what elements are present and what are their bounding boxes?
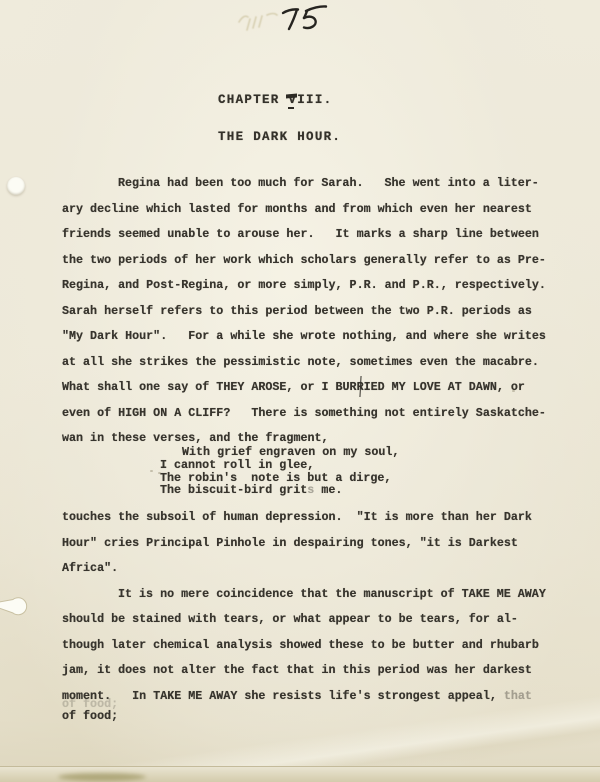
torn-punch-hole bbox=[0, 593, 33, 619]
text-line: should be stained with tears, or what ap… bbox=[62, 607, 546, 633]
text-line: Regina had been too much for Sarah. She … bbox=[62, 171, 546, 197]
paper-speck bbox=[150, 470, 153, 472]
overstruck-character: R bbox=[357, 380, 364, 394]
text-line: It is no mere coincidence that the manus… bbox=[62, 582, 546, 608]
text-line: With grief engraven on my soul, bbox=[160, 446, 399, 459]
manuscript-page: CHAPTER VIII. THE DARK HOUR. Regina had … bbox=[0, 0, 600, 782]
text-line: CHAPTER VIII. bbox=[218, 93, 332, 108]
text-line: friends seemed unable to arouse her. It … bbox=[62, 222, 546, 248]
text-line: even of HIGH ON A CLIFF? There is someth… bbox=[62, 401, 546, 427]
paragraph-block-1: Regina had been too much for Sarah. She … bbox=[62, 171, 546, 452]
text-line: "My Dark Hour". For a while she wrote no… bbox=[62, 324, 546, 350]
final-typed-line: of food; bbox=[62, 709, 118, 723]
paragraph-block-2: touches the subsoil of human depression.… bbox=[62, 505, 546, 709]
text-segment: s bbox=[307, 483, 314, 497]
text-line: Regina, and Post-Regina, or more simply,… bbox=[62, 273, 546, 299]
text-segment: that bbox=[504, 689, 532, 703]
paper-speck bbox=[512, 390, 515, 392]
ink-smudge bbox=[58, 773, 146, 781]
text-line: touches the subsoil of human depression.… bbox=[62, 505, 546, 531]
punch-hole bbox=[7, 177, 25, 195]
handwritten-page-number bbox=[276, 3, 332, 40]
text-line: Africa". bbox=[62, 556, 546, 582]
text-line: of food; bbox=[62, 709, 118, 723]
paper-speck bbox=[158, 472, 161, 474]
chapter-title: THE DARK HOUR. bbox=[218, 130, 341, 145]
ghost-handwriting-mark bbox=[236, 6, 280, 34]
text-line: Hour" cries Principal Pinhole in despair… bbox=[62, 531, 546, 557]
verse-fragment: With grief engraven on my soul,I cannot … bbox=[160, 446, 399, 497]
chapter-heading: CHAPTER VIII. bbox=[218, 93, 332, 108]
text-line: The biscuit-bird grits me. bbox=[160, 484, 399, 497]
text-line: moment. In TAKE ME AWAY she resists life… bbox=[62, 684, 546, 710]
text-line: at all she strikes the pessimistic note,… bbox=[62, 350, 546, 376]
text-segment: V bbox=[288, 93, 297, 107]
text-line: Sarah herself refers to this period betw… bbox=[62, 299, 546, 325]
text-line: ary decline which lasted for months and … bbox=[62, 197, 546, 223]
text-line: the two periods of her work which schola… bbox=[62, 248, 546, 274]
text-line: though later chemical analysis showed th… bbox=[62, 633, 546, 659]
text-line: I cannot roll in glee, bbox=[160, 459, 399, 472]
text-line: What shall one say of THEY AROSE, or I B… bbox=[62, 375, 546, 401]
text-line: THE DARK HOUR. bbox=[218, 130, 341, 145]
text-line: jam, it does not alter the fact that in … bbox=[62, 658, 546, 684]
